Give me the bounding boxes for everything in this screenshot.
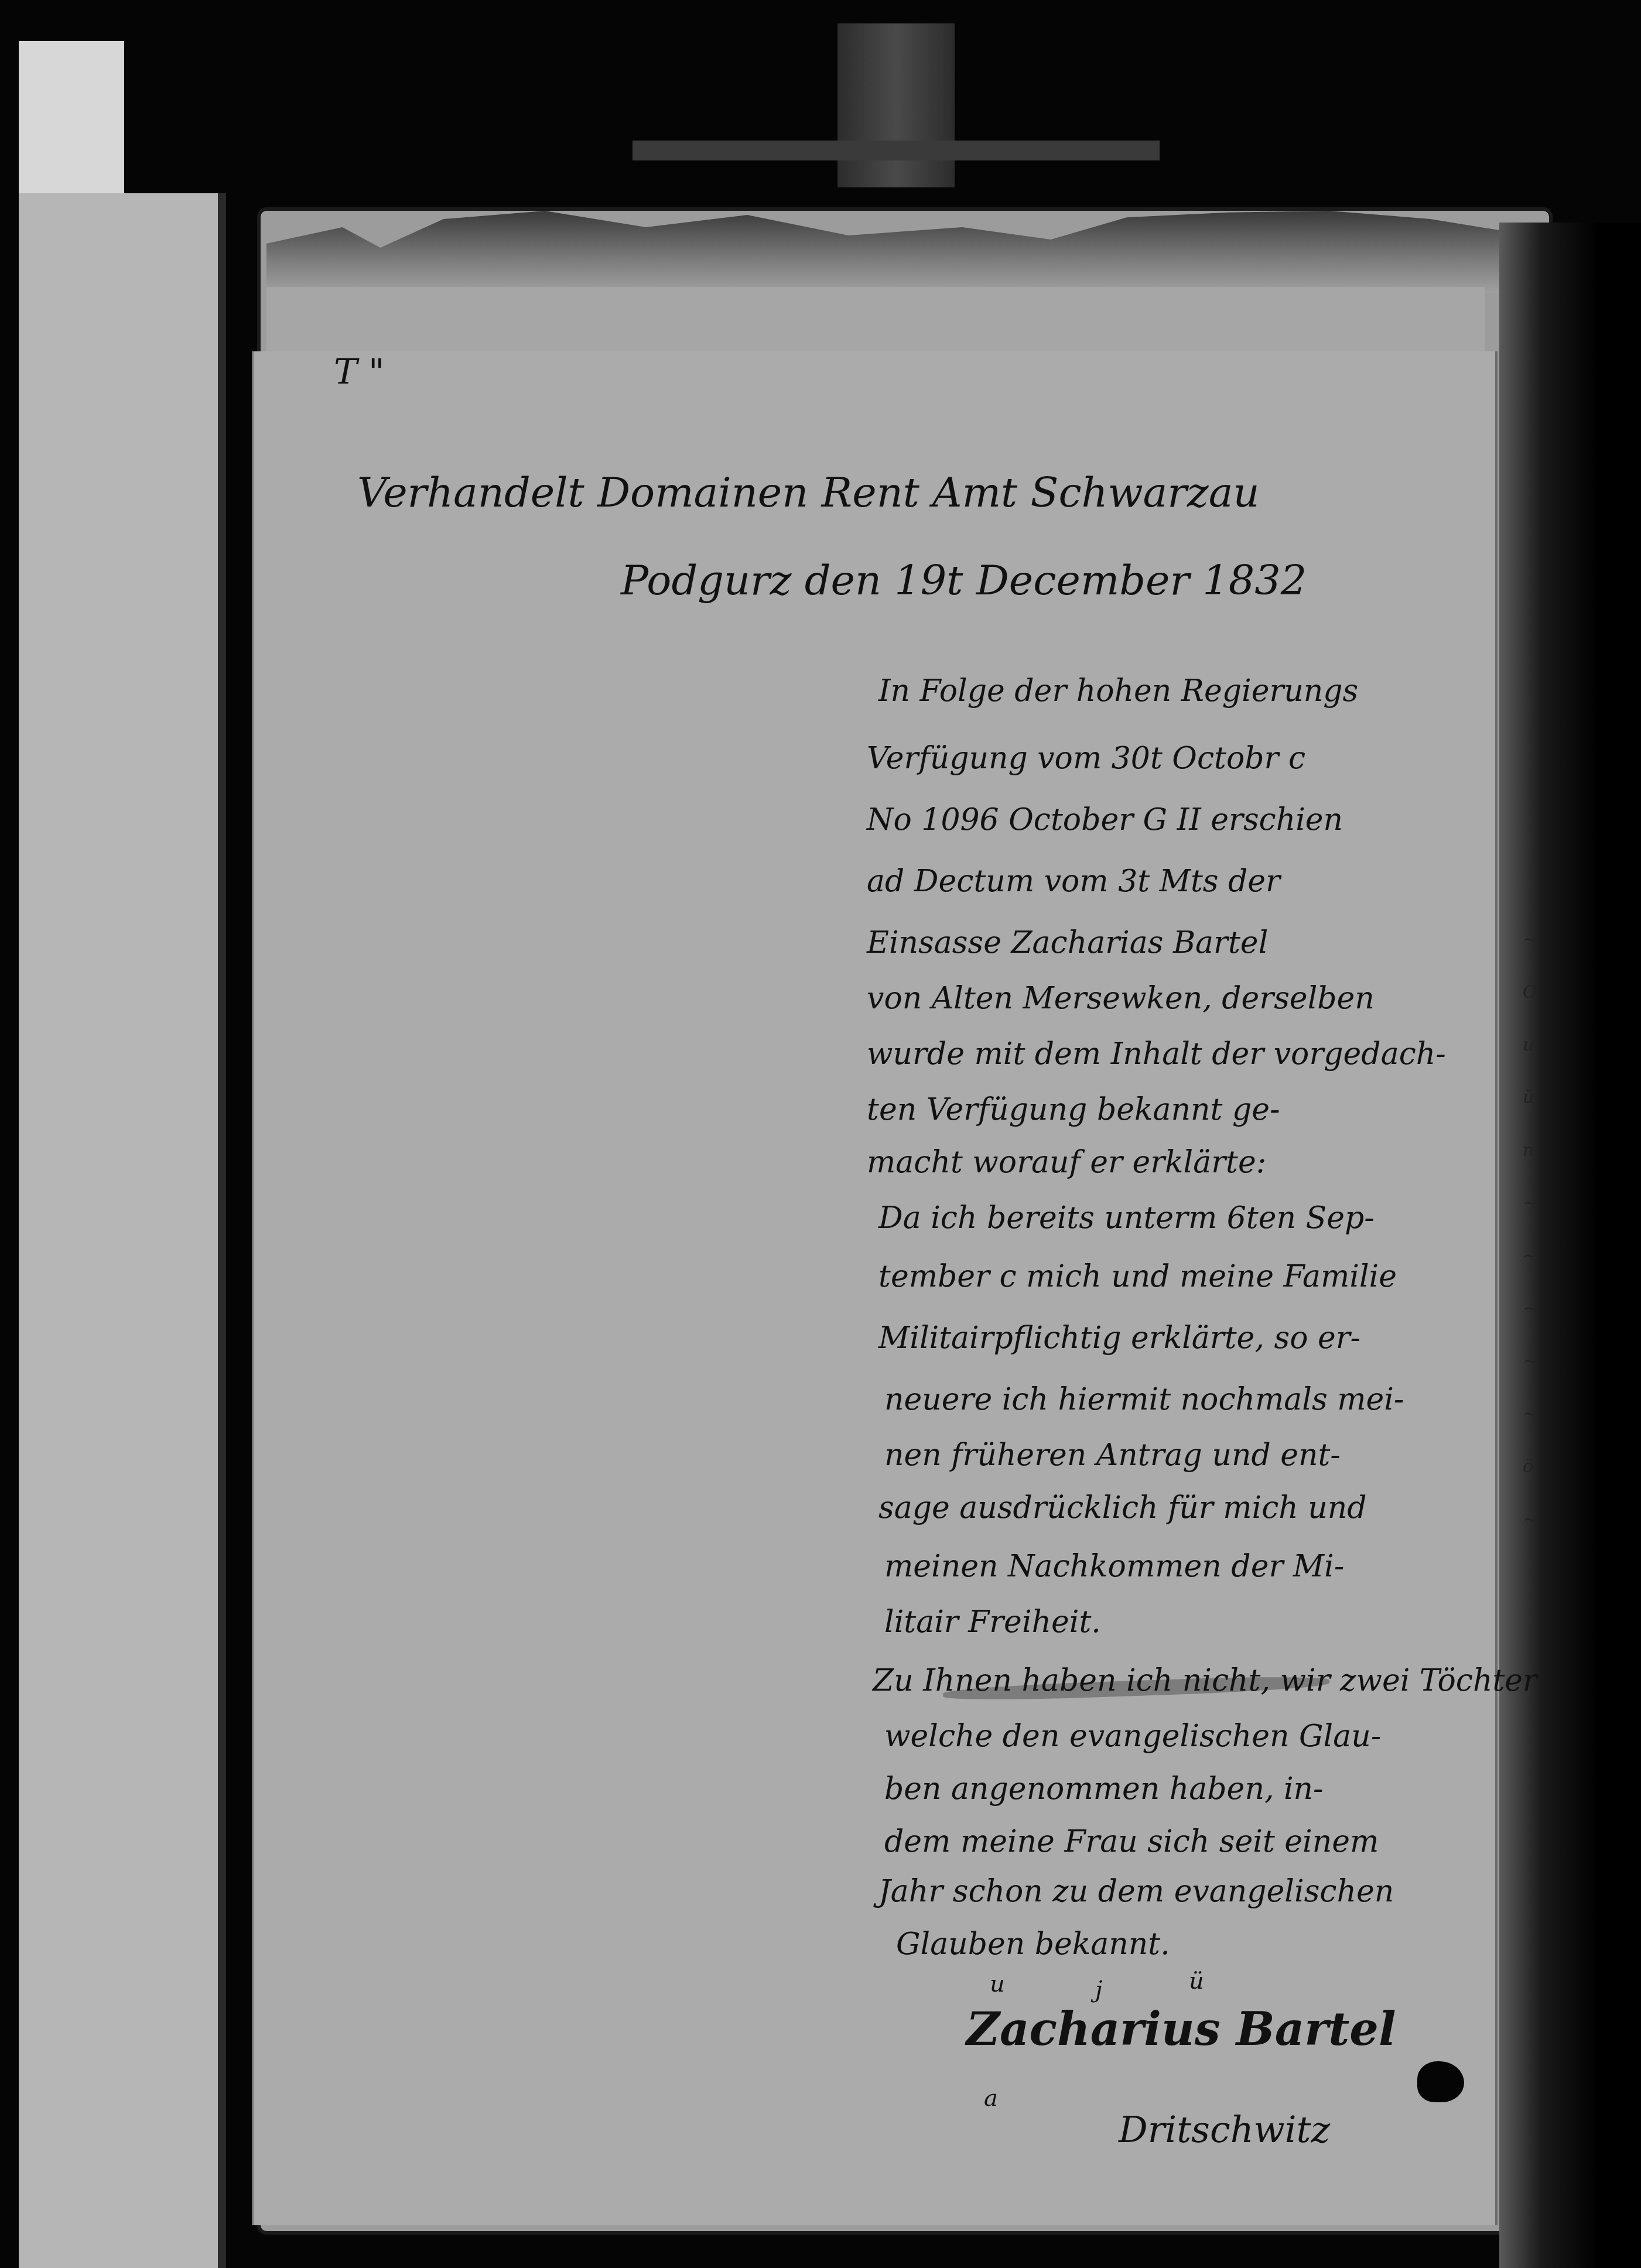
margin-mark: ~ xyxy=(1523,1493,1546,1546)
text-line: Verfügung vom 30t Octobr c xyxy=(867,741,1305,776)
margin-mark: ~ xyxy=(1523,1335,1546,1388)
margin-mark: ~ xyxy=(1523,1388,1546,1441)
signature-mark: u xyxy=(990,1971,1005,1997)
margin-mark: ~ xyxy=(1523,1230,1546,1282)
margin-mark: ö xyxy=(1523,1441,1546,1493)
heading-line-2: Podgurz den 19t December 1832 xyxy=(621,556,1307,604)
text-line: dem meine Frau sich seit einem xyxy=(884,1824,1379,1859)
text-line: Glauben bekannt. xyxy=(896,1927,1170,1962)
signature-place-prefix: a xyxy=(984,2085,998,2112)
text-line: macht worauf er erklärte: xyxy=(867,1145,1266,1180)
text-line: No 1096 October G II erschien xyxy=(867,802,1343,837)
ink-blot xyxy=(1417,2061,1464,2102)
volume-binding-edge xyxy=(19,193,226,2268)
margin-mark: O xyxy=(1523,966,1546,1019)
text-line: Da ich bereits unterm 6ten Sep- xyxy=(878,1200,1375,1236)
text-line: welche den evangelischen Glau- xyxy=(884,1719,1381,1754)
text-line: von Alten Mersewken, derselben xyxy=(867,981,1375,1016)
margin-mark: u xyxy=(1523,1019,1546,1072)
text-line: ben angenommen haben, in- xyxy=(884,1771,1324,1807)
heading-line-1: Verhandelt Domainen Rent Amt Schwarzau xyxy=(357,468,1259,516)
signature-name: Zacharius Bartel xyxy=(966,2003,1396,2056)
text-line: tember c mich und meine Familie xyxy=(878,1259,1397,1294)
margin-mark: ŭ xyxy=(1523,1072,1546,1124)
margin-mark: m xyxy=(1523,1124,1546,1177)
margin-mark: ~ xyxy=(1523,914,1546,966)
text-line: ad Dectum vom 3t Mts der xyxy=(867,864,1280,899)
text-line: Zu Ihnen haben ich nicht, wir zwei Töcht… xyxy=(873,1663,1537,1698)
book-clamp-post xyxy=(837,23,955,187)
page-stack-edge xyxy=(1499,223,1641,2268)
text-line: litair Freiheit. xyxy=(884,1605,1101,1640)
text-line: Militairpflichtig erklärte, so er- xyxy=(878,1321,1360,1356)
stray-ink-mark: T " xyxy=(334,351,385,392)
margin-mark: ~ xyxy=(1523,1282,1546,1335)
signature-place: Dritschwitz xyxy=(1119,2108,1330,2151)
signature-mark: ü xyxy=(1189,1968,1204,1995)
text-line: sage ausdrücklich für mich und xyxy=(878,1490,1367,1525)
text-line: Jahr schon zu dem evangelischen xyxy=(878,1874,1394,1909)
signature-mark: j xyxy=(1095,1976,1102,2003)
text-line: Einsasse Zacharias Bartel xyxy=(867,925,1268,960)
margin-notes: ~ O u ŭ m ~ ~ ~ ~ ~ ö ~ xyxy=(1523,914,1546,1546)
underlying-sheet-strip xyxy=(266,287,1485,353)
book-clamp-bar xyxy=(633,141,1160,160)
text-line: wurde mit dem Inhalt der vorgedach- xyxy=(867,1036,1446,1072)
text-line: nen früheren Antrag und ent- xyxy=(884,1438,1341,1473)
text-line: meinen Nachkommen der Mi- xyxy=(884,1549,1344,1584)
text-line: ten Verfügung bekannt ge- xyxy=(867,1092,1280,1127)
text-line: In Folge der hohen Regierungs xyxy=(878,673,1358,709)
text-line: neuere ich hiermit nochmals mei- xyxy=(884,1382,1404,1417)
margin-mark: ~ xyxy=(1523,1177,1546,1230)
